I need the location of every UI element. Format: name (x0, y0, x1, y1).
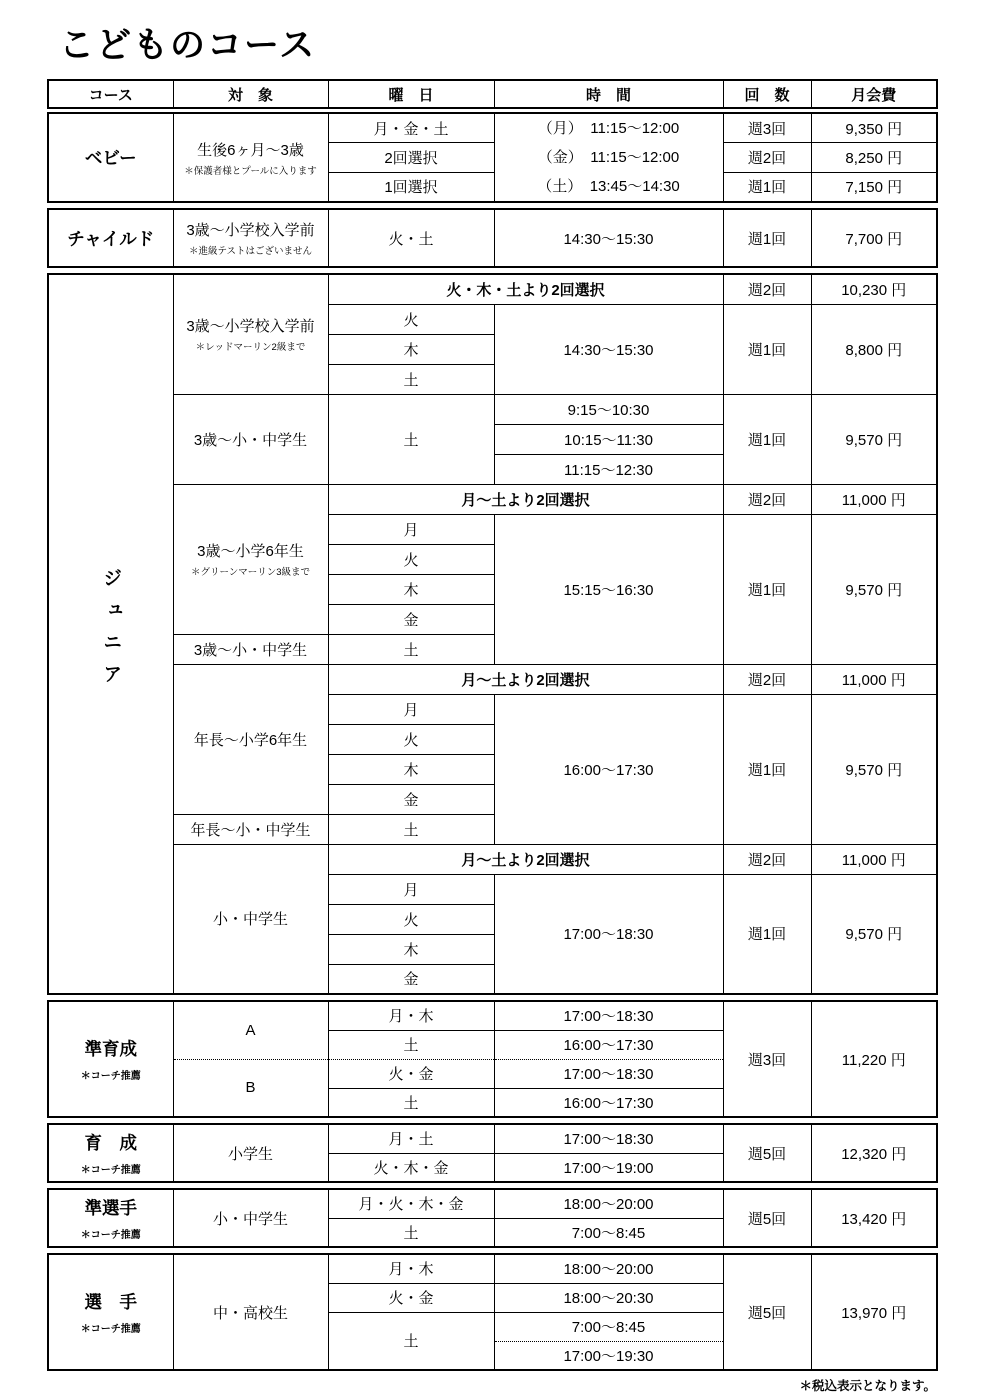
baby-count-cell: 週3回 (723, 113, 811, 143)
junior-e-choice-cell: 月～土より2回選択 (328, 844, 723, 874)
pre-training-course-label: 準育成 (49, 1036, 173, 1061)
training-course-note: ＊コーチ推薦 (49, 1161, 173, 1176)
junior-d-fee-cell: 9,570 円 (811, 694, 937, 844)
junior-d-time-cell: 16:00～17:30 (494, 694, 723, 844)
athlete-day-cell: 土 (328, 1312, 494, 1370)
tax-footnote: ＊税込表示となります。 (47, 1376, 936, 1394)
pre-athlete-day-cell: 月・火・木・金 (328, 1189, 494, 1218)
training-target-cell: 小学生 (173, 1124, 328, 1182)
athlete-course-cell: 選 手 ＊コーチ推薦 (48, 1254, 173, 1370)
baby-time-line: （土） 13:45～14:30 (495, 172, 723, 201)
baby-fee-cell: 8,250 円 (811, 143, 937, 173)
junior-d-day-cell: 火 (328, 724, 494, 754)
athlete-day-cell: 火・金 (328, 1283, 494, 1312)
col-header-target: 対 象 (173, 80, 328, 108)
pre-training-time-cell: 17:00～18:30 (494, 1001, 723, 1030)
pre-training-day-cell: 月・木 (328, 1001, 494, 1030)
junior-c-choice-count: 週2回 (723, 484, 811, 514)
training-day-cell: 月・土 (328, 1124, 494, 1153)
schedule-sheet: こどものコース コース 対 象 曜 日 時 間 回 数 月会費 ベビー 生後6ヶ… (0, 0, 990, 1394)
pre-training-time-cell: 16:00～17:30 (494, 1088, 723, 1117)
baby-course-cell: ベビー (48, 113, 173, 202)
junior-d-day-cell: 金 (328, 784, 494, 814)
pre-athlete-day-cell: 土 (328, 1218, 494, 1247)
junior-course-label: ジュニア (97, 568, 124, 696)
pre-athlete-target-cell: 小・中学生 (173, 1189, 328, 1247)
page-title: こどものコース (59, 18, 990, 68)
athlete-time-cell: 7:00～8:45 (494, 1312, 723, 1341)
junior-e-day-cell: 火 (328, 904, 494, 934)
junior-e-time-cell: 17:00～18:30 (494, 874, 723, 994)
junior-c-target-label: 3歳～小学6年生 (174, 540, 328, 561)
baby-day-cell: 2回選択 (328, 143, 494, 173)
pre-training-course-cell: 準育成 ＊コーチ推薦 (48, 1001, 173, 1117)
baby-fee-cell: 7,150 円 (811, 172, 937, 202)
junior-e-fee-cell: 9,570 円 (811, 874, 937, 994)
junior-c-target-note: ＊グリーンマーリン3級まで (174, 564, 328, 578)
junior-d-count-cell: 週1回 (723, 694, 811, 844)
baby-fee-cell: 9,350 円 (811, 113, 937, 143)
junior-b-count-cell: 週1回 (723, 394, 811, 484)
junior-d-day2-cell: 土 (328, 814, 494, 844)
junior-b-time-cell: 11:15～12:30 (494, 454, 723, 484)
junior-b-fee-cell: 9,570 円 (811, 394, 937, 484)
junior-d-target-cell: 年長～小学6年生 (173, 664, 328, 814)
junior-e-count-cell: 週1回 (723, 874, 811, 994)
pre-training-group-b-cell: B (173, 1059, 328, 1117)
col-header-course: コース (48, 80, 173, 108)
pre-training-section: 準育成 ＊コーチ推薦 A 月・木 17:00～18:30 週3回 11,220 … (47, 1000, 938, 1118)
junior-e-choice-count: 週2回 (723, 844, 811, 874)
junior-e-day-cell: 月 (328, 874, 494, 904)
baby-course-label: ベビー (49, 145, 173, 170)
athlete-course-label: 選 手 (49, 1289, 173, 1314)
junior-c-time-cell: 15:15～16:30 (494, 514, 723, 664)
training-time-cell: 17:00～19:00 (494, 1153, 723, 1182)
junior-a-fee-cell: 8,800 円 (811, 304, 937, 394)
header-row-table: コース 対 象 曜 日 時 間 回 数 月会費 (47, 79, 938, 109)
pre-athlete-course-note: ＊コーチ推薦 (49, 1226, 173, 1241)
child-time-cell: 14:30～15:30 (494, 209, 723, 267)
training-fee-cell: 12,320 円 (811, 1124, 937, 1182)
pre-training-group-a-cell: A (173, 1001, 328, 1059)
junior-e-target-cell: 小・中学生 (173, 844, 328, 994)
junior-a-target-note: ＊レッドマーリン2級まで (174, 339, 328, 353)
child-count-cell: 週1回 (723, 209, 811, 267)
junior-a-day-cell: 土 (328, 364, 494, 394)
pre-training-time-cell: 16:00～17:30 (494, 1030, 723, 1059)
junior-b-target-cell: 3歳～小・中学生 (173, 394, 328, 484)
junior-a-time-cell: 14:30～15:30 (494, 304, 723, 394)
junior-a-day-cell: 木 (328, 334, 494, 364)
training-section: 育 成 ＊コーチ推薦 小学生 月・土 17:00～18:30 週5回 12,32… (47, 1123, 938, 1183)
pre-training-day-cell: 火・金 (328, 1059, 494, 1088)
pre-training-course-note: ＊コーチ推薦 (49, 1067, 173, 1082)
athlete-course-note: ＊コーチ推薦 (49, 1320, 173, 1335)
junior-e-choice-fee: 11,000 円 (811, 844, 937, 874)
junior-c-choice-fee: 11,000 円 (811, 484, 937, 514)
child-course-label: チャイルド (49, 226, 173, 251)
training-day-cell: 火・木・金 (328, 1153, 494, 1182)
junior-d-choice-fee: 11,000 円 (811, 664, 937, 694)
junior-a-target-cell: 3歳～小学校入学前 ＊レッドマーリン2級まで (173, 274, 328, 394)
training-course-cell: 育 成 ＊コーチ推薦 (48, 1124, 173, 1182)
child-day-cell: 火・土 (328, 209, 494, 267)
training-course-label: 育 成 (49, 1130, 173, 1155)
baby-time-line: （金） 11:15～12:00 (495, 143, 723, 172)
pre-athlete-course-label: 準選手 (49, 1195, 173, 1220)
junior-e-day-cell: 金 (328, 964, 494, 994)
baby-day-cell: 1回選択 (328, 172, 494, 202)
child-course-cell: チャイルド (48, 209, 173, 267)
junior-c-day-cell: 火 (328, 544, 494, 574)
pre-athlete-section: 準選手 ＊コーチ推薦 小・中学生 月・火・木・金 18:00～20:00 週5回… (47, 1188, 938, 1248)
junior-a-choice-cell: 火・木・土より2回選択 (328, 274, 723, 304)
junior-c-target-cell: 3歳～小学6年生 ＊グリーンマーリン3級まで (173, 484, 328, 634)
junior-b-time-cell: 10:15～11:30 (494, 424, 723, 454)
junior-d-choice-count: 週2回 (723, 664, 811, 694)
junior-b-time-cell: 9:15～10:30 (494, 394, 723, 424)
baby-count-cell: 週1回 (723, 172, 811, 202)
col-header-fee: 月会費 (811, 80, 937, 108)
junior-a-target-label: 3歳～小学校入学前 (174, 315, 328, 336)
junior-e-day-cell: 木 (328, 934, 494, 964)
child-target-label: 3歳～小学校入学前 (174, 219, 328, 240)
baby-count-cell: 週2回 (723, 143, 811, 173)
baby-target-label: 生後6ヶ月～3歳 (174, 139, 328, 160)
junior-c-fee-cell: 9,570 円 (811, 514, 937, 664)
junior-c-day-cell: 金 (328, 604, 494, 634)
pre-athlete-time-cell: 7:00～8:45 (494, 1218, 723, 1247)
junior-d-choice-cell: 月～土より2回選択 (328, 664, 723, 694)
junior-a-choice-count: 週2回 (723, 274, 811, 304)
training-count-cell: 週5回 (723, 1124, 811, 1182)
junior-course-cell: ジュニア (48, 274, 173, 994)
pre-athlete-count-cell: 週5回 (723, 1189, 811, 1247)
junior-c-day-cell: 月 (328, 514, 494, 544)
baby-target-cell: 生後6ヶ月～3歳 ＊保護者様とプールに入ります (173, 113, 328, 202)
child-section: チャイルド 3歳～小学校入学前 ＊進級テストはございません 火・土 14:30～… (47, 208, 938, 268)
child-target-note: ＊進級テストはございません (174, 243, 328, 257)
junior-c-count-cell: 週1回 (723, 514, 811, 664)
baby-time-cell: （月） 11:15～12:00 （金） 11:15～12:00 （土） 13:4… (494, 113, 723, 202)
baby-section: ベビー 生後6ヶ月～3歳 ＊保護者様とプールに入ります 月・金・土 （月） 11… (47, 112, 938, 203)
col-header-time: 時 間 (494, 80, 723, 108)
junior-a-day-cell: 火 (328, 304, 494, 334)
athlete-target-cell: 中・高校生 (173, 1254, 328, 1370)
baby-day-cell: 月・金・土 (328, 113, 494, 143)
child-target-cell: 3歳～小学校入学前 ＊進級テストはございません (173, 209, 328, 267)
athlete-time-cell: 18:00～20:00 (494, 1254, 723, 1283)
junior-c-target2-cell: 3歳～小・中学生 (173, 634, 328, 664)
athlete-fee-cell: 13,970 円 (811, 1254, 937, 1370)
junior-b-day-cell: 土 (328, 394, 494, 484)
pre-athlete-course-cell: 準選手 ＊コーチ推薦 (48, 1189, 173, 1247)
junior-d-target2-cell: 年長～小・中学生 (173, 814, 328, 844)
athlete-time-cell: 17:00～19:30 (494, 1341, 723, 1370)
pre-athlete-fee-cell: 13,420 円 (811, 1189, 937, 1247)
junior-c-choice-cell: 月～土より2回選択 (328, 484, 723, 514)
junior-d-day-cell: 月 (328, 694, 494, 724)
junior-section: ジュニア 3歳～小学校入学前 ＊レッドマーリン2級まで 火・木・土より2回選択 … (47, 273, 938, 995)
pre-training-day-cell: 土 (328, 1088, 494, 1117)
junior-c-day-cell: 木 (328, 574, 494, 604)
athlete-section: 選 手 ＊コーチ推薦 中・高校生 月・木 18:00～20:00 週5回 13,… (47, 1253, 938, 1371)
col-header-day: 曜 日 (328, 80, 494, 108)
junior-a-count-cell: 週1回 (723, 304, 811, 394)
baby-time-line: （月） 11:15～12:00 (495, 114, 723, 143)
pre-training-fee-cell: 11,220 円 (811, 1001, 937, 1117)
athlete-count-cell: 週5回 (723, 1254, 811, 1370)
training-time-cell: 17:00～18:30 (494, 1124, 723, 1153)
athlete-day-cell: 月・木 (328, 1254, 494, 1283)
junior-c-day2-cell: 土 (328, 634, 494, 664)
col-header-count: 回 数 (723, 80, 811, 108)
junior-d-day-cell: 木 (328, 754, 494, 784)
pre-training-count-cell: 週3回 (723, 1001, 811, 1117)
junior-a-choice-fee: 10,230 円 (811, 274, 937, 304)
baby-target-note: ＊保護者様とプールに入ります (174, 163, 328, 177)
pre-training-day-cell: 土 (328, 1030, 494, 1059)
pre-training-time-cell: 17:00～18:30 (494, 1059, 723, 1088)
child-fee-cell: 7,700 円 (811, 209, 937, 267)
pre-athlete-time-cell: 18:00～20:00 (494, 1189, 723, 1218)
athlete-time-cell: 18:00～20:30 (494, 1283, 723, 1312)
